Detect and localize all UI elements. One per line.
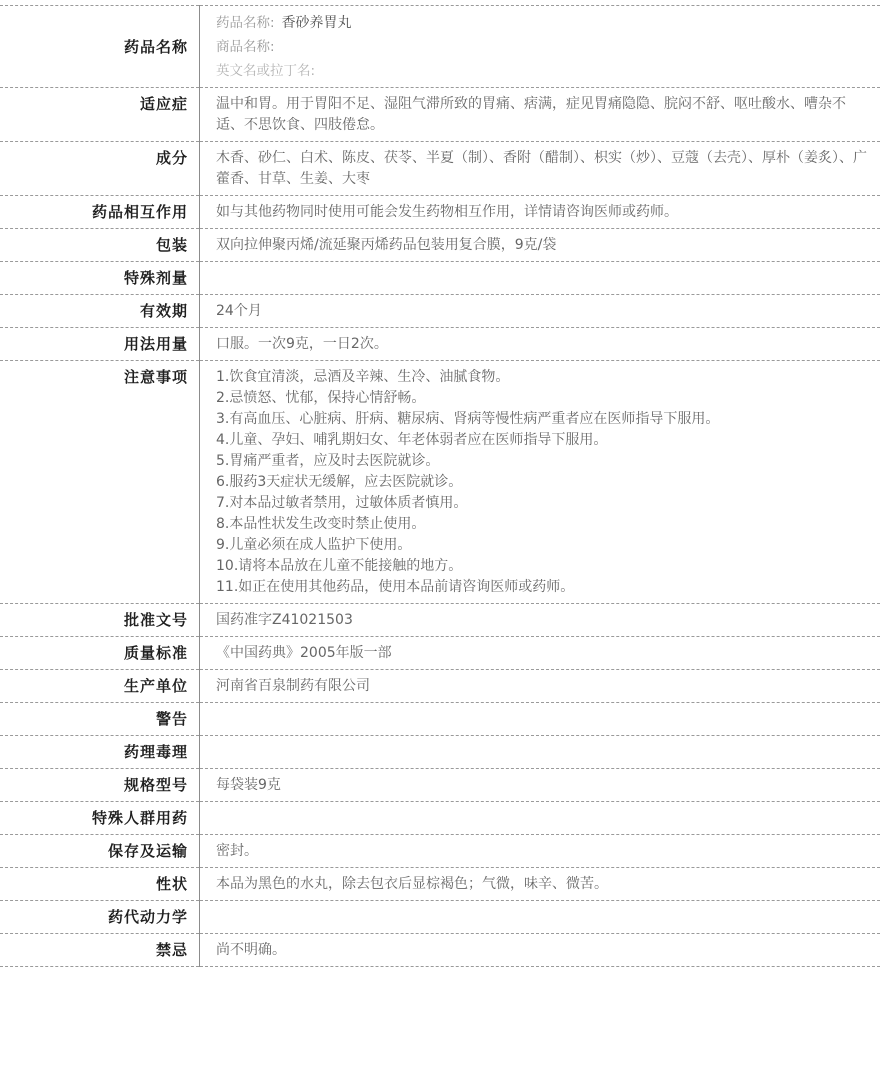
row-label: 性状 <box>0 868 200 901</box>
latin-name-field-label: 英文名或拉丁名: <box>216 63 315 79</box>
drug-name-field-label: 药品名称: <box>216 15 275 31</box>
row-value: 温中和胃。用于胃阳不足、湿阻气滞所致的胃痛、痞满，症见胃痛隐隐、脘闷不舒、呕吐酸… <box>200 88 880 142</box>
row-value: 《中国药典》2005年版一部 <box>200 637 880 670</box>
row-label: 药代动力学 <box>0 901 200 934</box>
drug-info-table: 药品名称 药品名称:香砂养胃丸 商品名称: 英文名或拉丁名: 适应症 温中和胃。… <box>0 5 880 967</box>
row-value: 24个月 <box>200 295 880 328</box>
row-label: 药理毒理 <box>0 736 200 769</box>
table-row-approval-number: 批准文号 国药准字Z41021503 <box>0 604 880 637</box>
row-label: 警告 <box>0 703 200 736</box>
table-row-dosage-usage: 用法用量 口服。一次9克，一日2次。 <box>0 328 880 361</box>
row-label: 注意事项 <box>0 361 200 604</box>
row-value <box>200 901 880 934</box>
table-row-contraindications: 禁忌 尚不明确。 <box>0 934 880 967</box>
latin-name-line: 英文名或拉丁名: <box>216 59 868 83</box>
table-row-pharmacokinetics: 药代动力学 <box>0 901 880 934</box>
row-value: 本品为黑色的水丸，除去包衣后显棕褐色；气微，味辛、微苦。 <box>200 868 880 901</box>
table-row-special-dosage: 特殊剂量 <box>0 262 880 295</box>
row-label: 禁忌 <box>0 934 200 967</box>
row-value: 木香、砂仁、白术、陈皮、茯苓、半夏（制）、香附（醋制）、枳实（炒）、豆蔻（去壳）… <box>200 142 880 196</box>
table-row-characteristics: 性状 本品为黑色的水丸，除去包衣后显棕褐色；气微，味辛、微苦。 <box>0 868 880 901</box>
table-row-storage-transport: 保存及运输 密封。 <box>0 835 880 868</box>
table-row-ingredients: 成分 木香、砂仁、白术、陈皮、茯苓、半夏（制）、香附（醋制）、枳实（炒）、豆蔻（… <box>0 142 880 196</box>
drug-name-line: 药品名称:香砂养胃丸 <box>216 11 868 35</box>
row-value-drug-name: 药品名称:香砂养胃丸 商品名称: 英文名或拉丁名: <box>200 6 880 88</box>
row-value: 密封。 <box>200 835 880 868</box>
row-label: 药品相互作用 <box>0 196 200 229</box>
row-label: 保存及运输 <box>0 835 200 868</box>
table-row-special-populations: 特殊人群用药 <box>0 802 880 835</box>
row-label: 用法用量 <box>0 328 200 361</box>
drug-name-field-value: 香砂养胃丸 <box>282 15 352 31</box>
table-row-drug-name: 药品名称 药品名称:香砂养胃丸 商品名称: 英文名或拉丁名: <box>0 6 880 88</box>
table-row-quality-standard: 质量标准 《中国药典》2005年版一部 <box>0 637 880 670</box>
trade-name-line: 商品名称: <box>216 35 868 59</box>
row-label: 批准文号 <box>0 604 200 637</box>
row-value <box>200 262 880 295</box>
row-value <box>200 703 880 736</box>
drug-info-page: 药品名称 药品名称:香砂养胃丸 商品名称: 英文名或拉丁名: 适应症 温中和胃。… <box>0 0 880 1070</box>
row-value: 河南省百泉制药有限公司 <box>200 670 880 703</box>
row-label-drug-name: 药品名称 <box>0 6 200 88</box>
row-label: 质量标准 <box>0 637 200 670</box>
row-value <box>200 736 880 769</box>
table-row-manufacturer: 生产单位 河南省百泉制药有限公司 <box>0 670 880 703</box>
row-value: 每袋装9克 <box>200 769 880 802</box>
row-value: 1.饮食宜清淡，忌酒及辛辣、生冷、油腻食物。 2.忌愤怒、忧郁，保持心情舒畅。 … <box>200 361 880 604</box>
row-label: 特殊人群用药 <box>0 802 200 835</box>
table-row-shelf-life: 有效期 24个月 <box>0 295 880 328</box>
row-label: 包装 <box>0 229 200 262</box>
row-value: 国药准字Z41021503 <box>200 604 880 637</box>
table-row-pharmacology-toxicology: 药理毒理 <box>0 736 880 769</box>
table-row-precautions: 注意事项 1.饮食宜清淡，忌酒及辛辣、生冷、油腻食物。 2.忌愤怒、忧郁，保持心… <box>0 361 880 604</box>
row-label: 有效期 <box>0 295 200 328</box>
table-row-drug-interactions: 药品相互作用 如与其他药物同时使用可能会发生药物相互作用，详情请咨询医师或药师。 <box>0 196 880 229</box>
table-row-warning: 警告 <box>0 703 880 736</box>
row-value: 如与其他药物同时使用可能会发生药物相互作用，详情请咨询医师或药师。 <box>200 196 880 229</box>
table-row-packaging: 包装 双向拉伸聚丙烯/流延聚丙烯药品包装用复合膜，9克/袋 <box>0 229 880 262</box>
row-label: 规格型号 <box>0 769 200 802</box>
row-value: 尚不明确。 <box>200 934 880 967</box>
row-label: 成分 <box>0 142 200 196</box>
row-value <box>200 802 880 835</box>
row-value: 口服。一次9克，一日2次。 <box>200 328 880 361</box>
table-row-indications: 适应症 温中和胃。用于胃阳不足、湿阻气滞所致的胃痛、痞满，症见胃痛隐隐、脘闷不舒… <box>0 88 880 142</box>
row-value: 双向拉伸聚丙烯/流延聚丙烯药品包装用复合膜，9克/袋 <box>200 229 880 262</box>
row-label: 生产单位 <box>0 670 200 703</box>
table-row-specification: 规格型号 每袋装9克 <box>0 769 880 802</box>
row-label: 特殊剂量 <box>0 262 200 295</box>
row-label: 适应症 <box>0 88 200 142</box>
trade-name-field-label: 商品名称: <box>216 39 275 55</box>
